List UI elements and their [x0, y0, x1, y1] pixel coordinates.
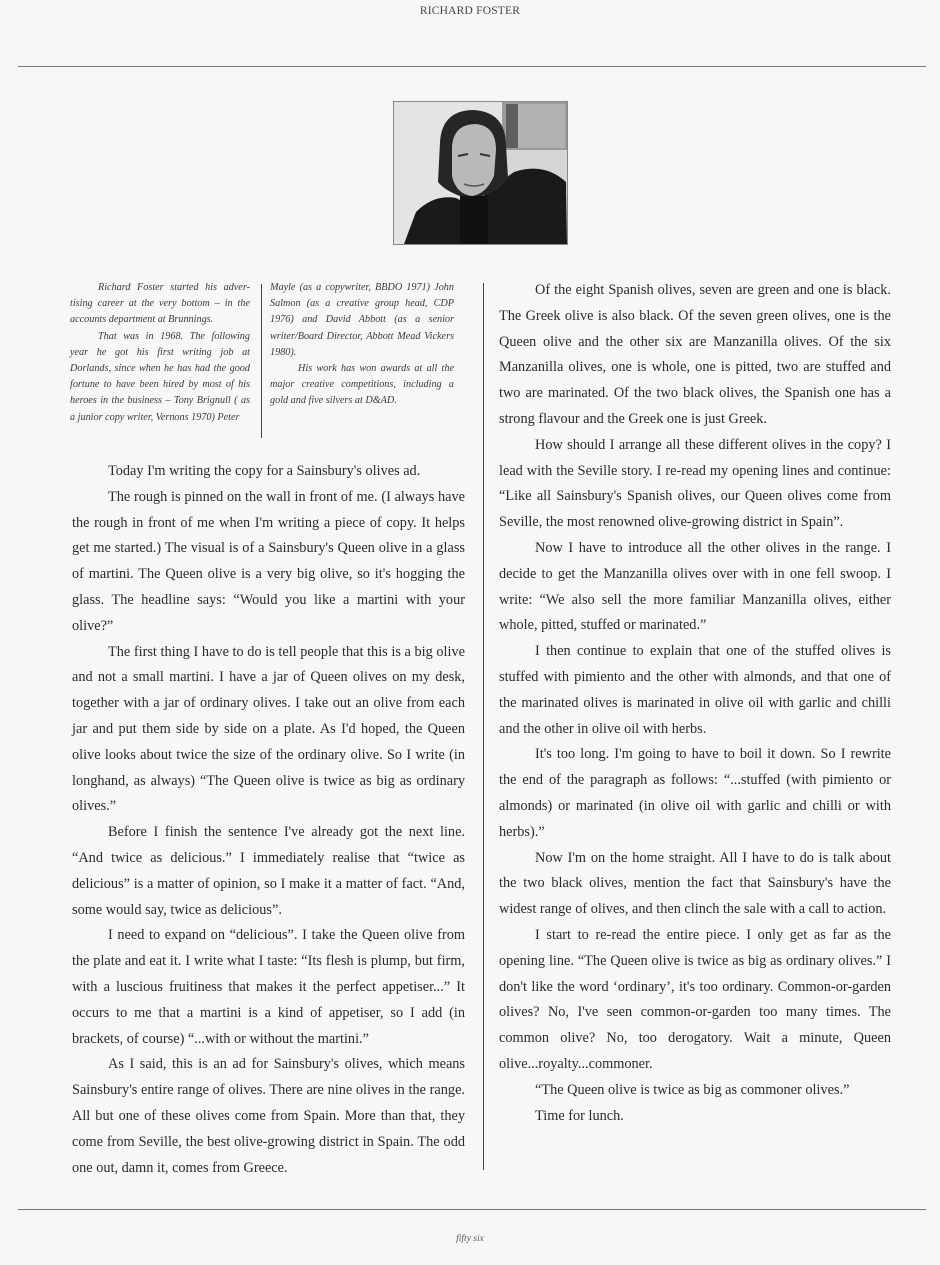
body-paragraph: How should I arrange all these different… — [499, 433, 891, 536]
body-paragraph: I need to expand on “delicious”. I take … — [72, 923, 465, 1052]
body-paragraph: Time for lunch. — [499, 1104, 891, 1130]
body-paragraph: Now I'm on the home straight. All I have… — [499, 846, 891, 923]
portrait-image — [394, 102, 567, 244]
body-paragraph: Now I have to introduce all the other ol… — [499, 536, 891, 639]
body-paragraph: Of the eight Spanish olives, seven are g… — [499, 278, 891, 433]
bio-paragraph: Richard Foster started his adver-tising … — [70, 280, 250, 329]
column-divider — [483, 283, 484, 1170]
body-paragraph: I start to re-read the entire piece. I o… — [499, 923, 891, 1078]
body-paragraph: The rough is pinned on the wall in front… — [72, 485, 465, 640]
body-column-left: Today I'm writing the copy for a Sainsbu… — [72, 459, 465, 1181]
bio-caption-right: Mayle (as a copywriter, BBDO 1971) John … — [270, 280, 454, 410]
page-number: fifty six — [0, 1234, 940, 1244]
body-paragraph: “The Queen olive is twice as big as comm… — [499, 1078, 891, 1104]
caption-divider — [261, 284, 262, 438]
body-column-right: Of the eight Spanish olives, seven are g… — [499, 278, 891, 1129]
bio-paragraph: Mayle (as a copywriter, BBDO 1971) John … — [270, 280, 454, 361]
bio-caption-left: Richard Foster started his adver-tising … — [70, 280, 250, 426]
author-photo — [393, 101, 568, 245]
bio-paragraph: His work has won awards at all the major… — [270, 361, 454, 410]
body-paragraph: Before I finish the sentence I've alread… — [72, 820, 465, 923]
body-paragraph: Today I'm writing the copy for a Sainsbu… — [72, 459, 465, 485]
running-head: RICHARD FOSTER — [0, 5, 940, 17]
bio-paragraph: That was in 1968. The following year he … — [70, 329, 250, 426]
body-paragraph: The first thing I have to do is tell peo… — [72, 640, 465, 821]
body-paragraph: I then continue to explain that one of t… — [499, 639, 891, 742]
top-rule — [18, 66, 926, 67]
bottom-rule — [18, 1209, 926, 1210]
body-paragraph: It's too long. I'm going to have to boil… — [499, 742, 891, 845]
body-paragraph: As I said, this is an ad for Sainsbury's… — [72, 1052, 465, 1181]
